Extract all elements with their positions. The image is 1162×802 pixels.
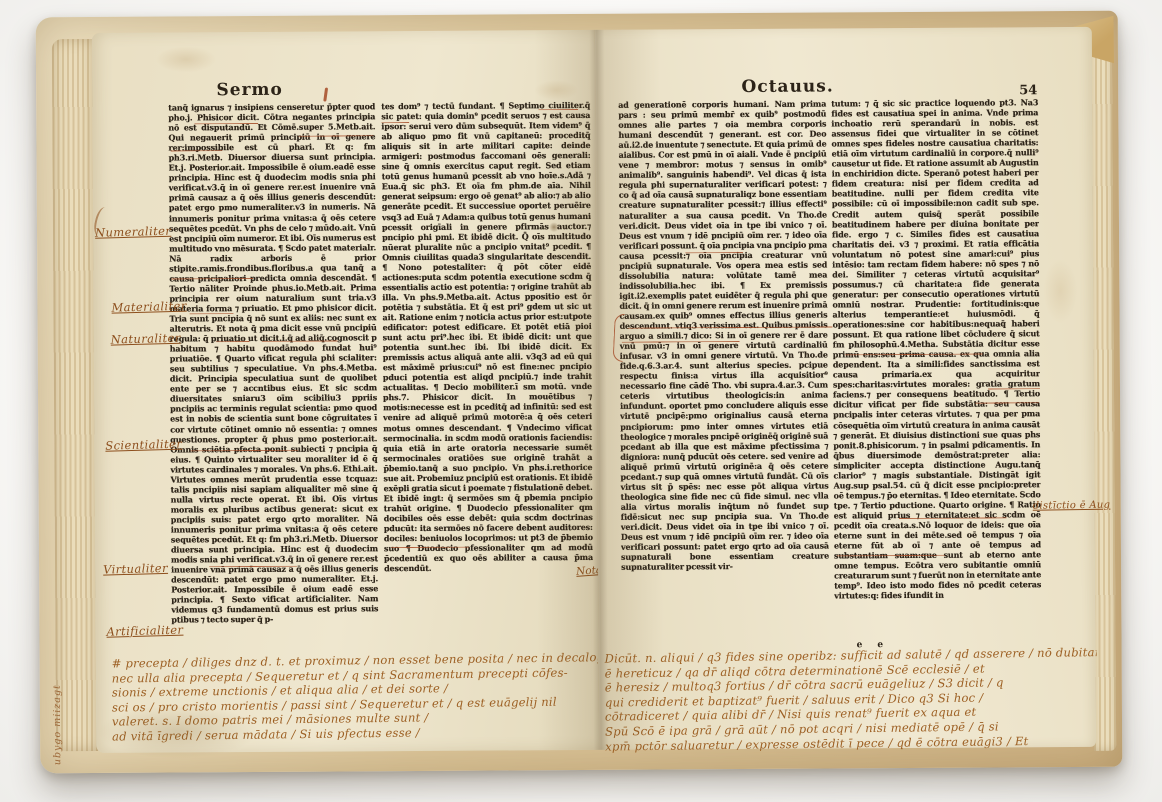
margin-note-scientialiter: Scientialiter [105, 437, 182, 453]
vertical-margin-note: ubygo miizagt [51, 633, 63, 765]
right-margin-note: distīctio ē Aug [1033, 499, 1155, 512]
right-bottom-annotation: Dicūt. n. aliqui / q3 fides sine operibz… [605, 647, 1098, 752]
left-page-column-2: tes dom⁹ ⁊ tectū fundant. ¶ Septimo ciui… [381, 100, 593, 653]
left-page: Sermo tanq̄ ignarus ⁊ insipiens censeret… [92, 30, 599, 753]
rubrication-underline [216, 341, 250, 342]
margin-note-virtualiter: Virtualiter [103, 561, 168, 577]
margin-note-materialiter: Materialiter [111, 299, 187, 315]
margin-note-artificialiter: Artificialiter [106, 623, 183, 639]
rubrication-underline [381, 122, 409, 123]
right-page-column-1: ad generationē corporis humani. Nam prim… [618, 98, 829, 651]
left-page-column-1: tanq̄ ignarus ⁊ insipiens censeretur p̄p… [168, 101, 378, 654]
open-book: Sermo tanq̄ ignarus ⁊ insipiens censeret… [36, 11, 1123, 774]
margin-note-naturaliter: Naturaliter [110, 331, 180, 347]
folio-number: 54 [1019, 83, 1037, 98]
running-title-right: Octauus. [725, 76, 850, 97]
left-bottom-annotation: # precepta / diliges dnz d. t. et proxim… [112, 652, 599, 743]
running-title-left: Sermo [187, 80, 312, 101]
right-page-column-2: tutum: ⁊ q̄ sic sic practice loquendo pt… [831, 97, 1041, 643]
